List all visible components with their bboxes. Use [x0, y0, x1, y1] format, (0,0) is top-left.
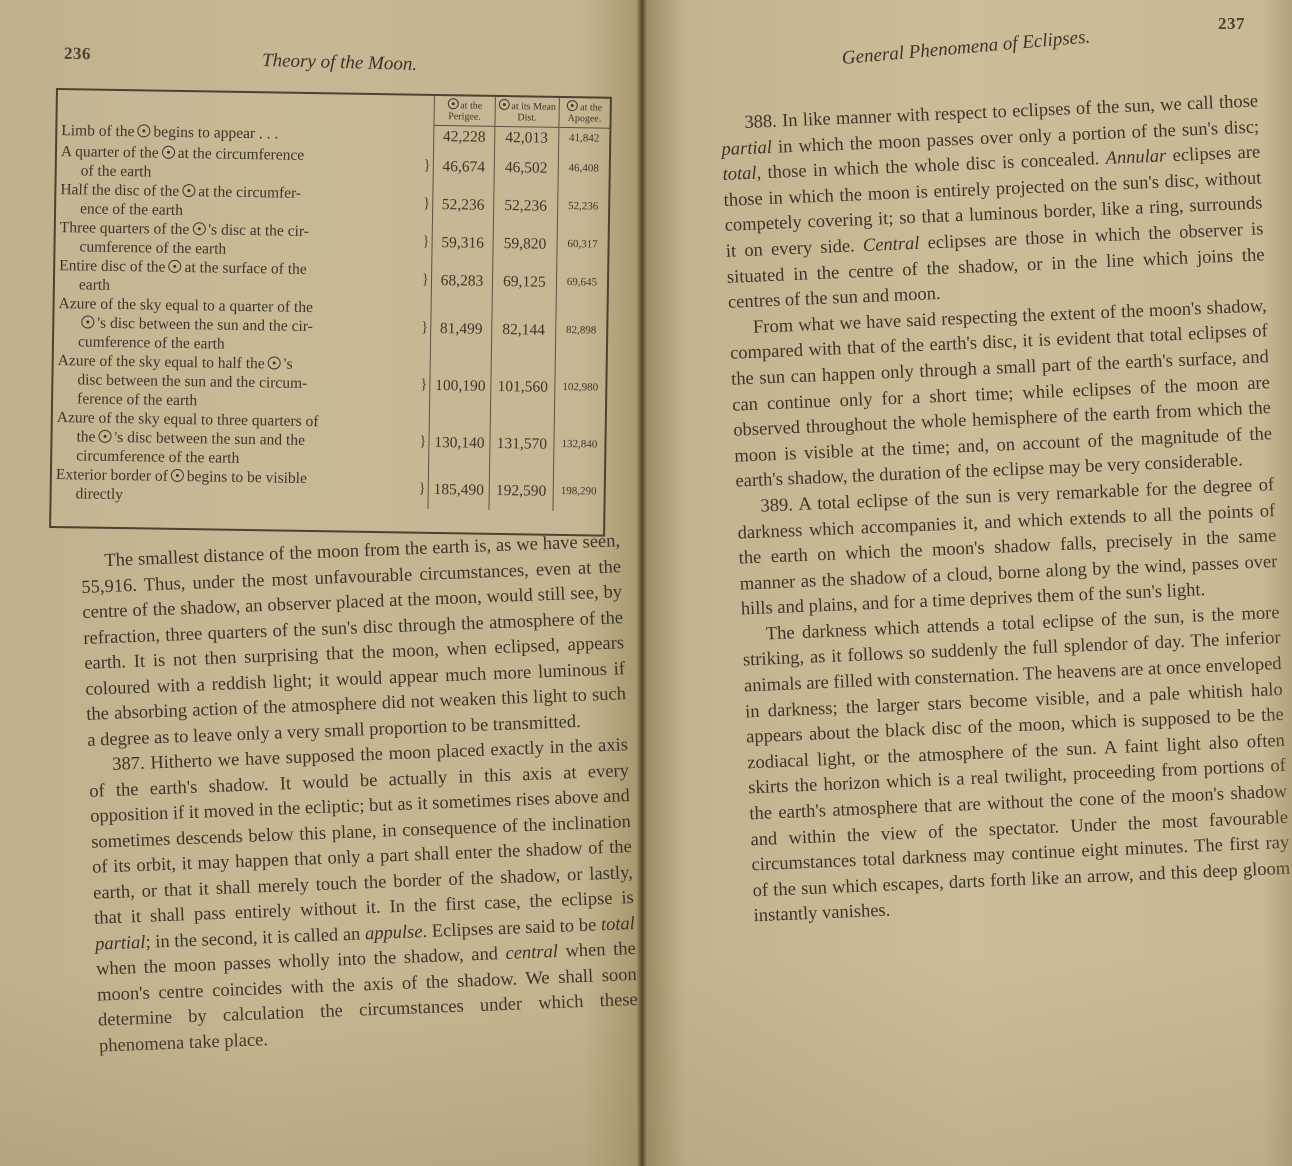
book-gutter: [636, 0, 646, 1166]
left-page: 236 Theory of the Moon. at the Perigee. …: [0, 0, 636, 1166]
table-row: Azure of the sky equal to a quarter of t…: [54, 294, 607, 360]
paragraph-389: 389. A total eclipse of the sun is very …: [736, 473, 1279, 623]
brace-icon: }: [421, 147, 434, 185]
mean-distance-value: 192,590: [489, 471, 553, 510]
phase-description: Exterior border ofbegins to be visibledi…: [51, 464, 416, 508]
apogee-value: 198,290: [553, 472, 604, 511]
apogee-value: 41,842: [558, 127, 609, 150]
sun-symbol-icon: [168, 259, 181, 272]
sun-symbol-icon: [498, 99, 509, 110]
left-page-body: The smallest distance of the moon from t…: [80, 529, 639, 1059]
phase-description: Half the disc of theat the circumfer-enc…: [56, 180, 421, 224]
apogee-value: 69,645: [556, 263, 607, 302]
phase-description: Three quarters of the's disc at the cir-…: [55, 218, 420, 262]
phase-description: Azure of the sky equal to a quarter of t…: [54, 294, 419, 357]
perigee-value: 100,190: [429, 356, 491, 414]
perigee-value: 42,228: [434, 125, 495, 148]
apogee-value: 60,317: [557, 225, 608, 264]
paragraph-388: 388. In like manner with respect to ecli…: [720, 89, 1266, 316]
perigee-value: 81,499: [430, 299, 492, 357]
phase-description: Entire disc of theat the surface of thee…: [55, 256, 420, 300]
phase-description: Azure of the sky equal to half the'sdisc…: [53, 350, 418, 413]
paragraph-387: 387. Hitherto we have supposed the moon …: [88, 733, 639, 1060]
mean-distance-value: 46,502: [494, 148, 558, 187]
eclipse-distance-table: at the Perigee. at its Mean Dist. at the…: [49, 88, 612, 537]
table-row: Exterior border ofbegins to be visibledi…: [51, 464, 604, 511]
perigee-value: 130,140: [429, 413, 491, 471]
perigee-value: 185,490: [428, 470, 490, 509]
brace-icon: }: [416, 413, 429, 470]
mean-distance-value: 131,570: [489, 414, 554, 472]
mean-distance-value: 69,125: [492, 262, 556, 301]
perigee-value: 52,236: [432, 185, 494, 224]
sun-symbol-icon: [447, 98, 458, 109]
paragraph: The darkness which attends a total eclip…: [741, 601, 1291, 930]
brace-icon: }: [419, 223, 432, 261]
column-header-apogee: at the Apogee.: [559, 98, 610, 128]
column-header-perigee: at the Perigee.: [434, 96, 495, 126]
table-row: Azure of the sky equal to three quarters…: [52, 407, 605, 473]
brace-icon: }: [420, 185, 433, 223]
perigee-value: 59,316: [432, 223, 494, 262]
running-head-left: Theory of the Moon.: [262, 50, 418, 76]
column-header-mean-distance: at its Mean Dist.: [495, 97, 559, 127]
apogee-value: 82,898: [555, 301, 607, 359]
apogee-value: 46,408: [558, 149, 609, 188]
apogee-value: 52,236: [557, 187, 608, 226]
sun-symbol-icon: [162, 145, 175, 158]
sun-symbol-icon: [137, 124, 150, 137]
mean-distance-value: 52,236: [493, 186, 557, 225]
paragraph: From what we have said respecting the ex…: [729, 294, 1274, 496]
sun-symbol-icon: [98, 429, 111, 442]
perigee-value: 68,283: [431, 261, 493, 300]
sun-symbol-icon: [192, 222, 205, 235]
running-head-right: General Phenomena of Eclipses.: [841, 26, 1091, 70]
brace-icon: }: [418, 299, 431, 356]
mean-distance-value: 59,820: [493, 224, 557, 263]
apogee-value: 132,840: [553, 415, 605, 473]
brace-icon: }: [417, 356, 430, 413]
mean-distance-value: 42,013: [495, 126, 559, 149]
phase-description: Azure of the sky equal to three quarters…: [52, 407, 417, 470]
sun-symbol-icon: [81, 315, 94, 328]
phase-description: A quarter of theat the circumferenceof t…: [57, 142, 422, 186]
mean-distance-value: 82,144: [491, 300, 556, 358]
right-page: 237 General Phenomena of Eclipses. 388. …: [646, 0, 1292, 1166]
perigee-value: 46,674: [433, 147, 495, 186]
table-row: Azure of the sky equal to half the'sdisc…: [53, 350, 606, 416]
sun-symbol-icon: [268, 356, 281, 369]
mean-distance-value: 101,560: [490, 357, 555, 415]
brace-icon: }: [415, 470, 428, 508]
book-spread: 236 Theory of the Moon. at the Perigee. …: [0, 0, 1292, 1166]
right-page-body: 388. In like manner with respect to ecli…: [720, 89, 1292, 930]
paragraph: The smallest distance of the moon from t…: [80, 529, 627, 754]
sun-symbol-icon: [182, 183, 195, 196]
apogee-value: 102,980: [554, 358, 606, 416]
page-number-right: 237: [1218, 14, 1245, 34]
brace-icon: }: [419, 261, 432, 299]
sun-symbol-icon: [171, 468, 184, 481]
sun-symbol-icon: [567, 100, 578, 111]
page-number-left: 236: [64, 44, 91, 64]
